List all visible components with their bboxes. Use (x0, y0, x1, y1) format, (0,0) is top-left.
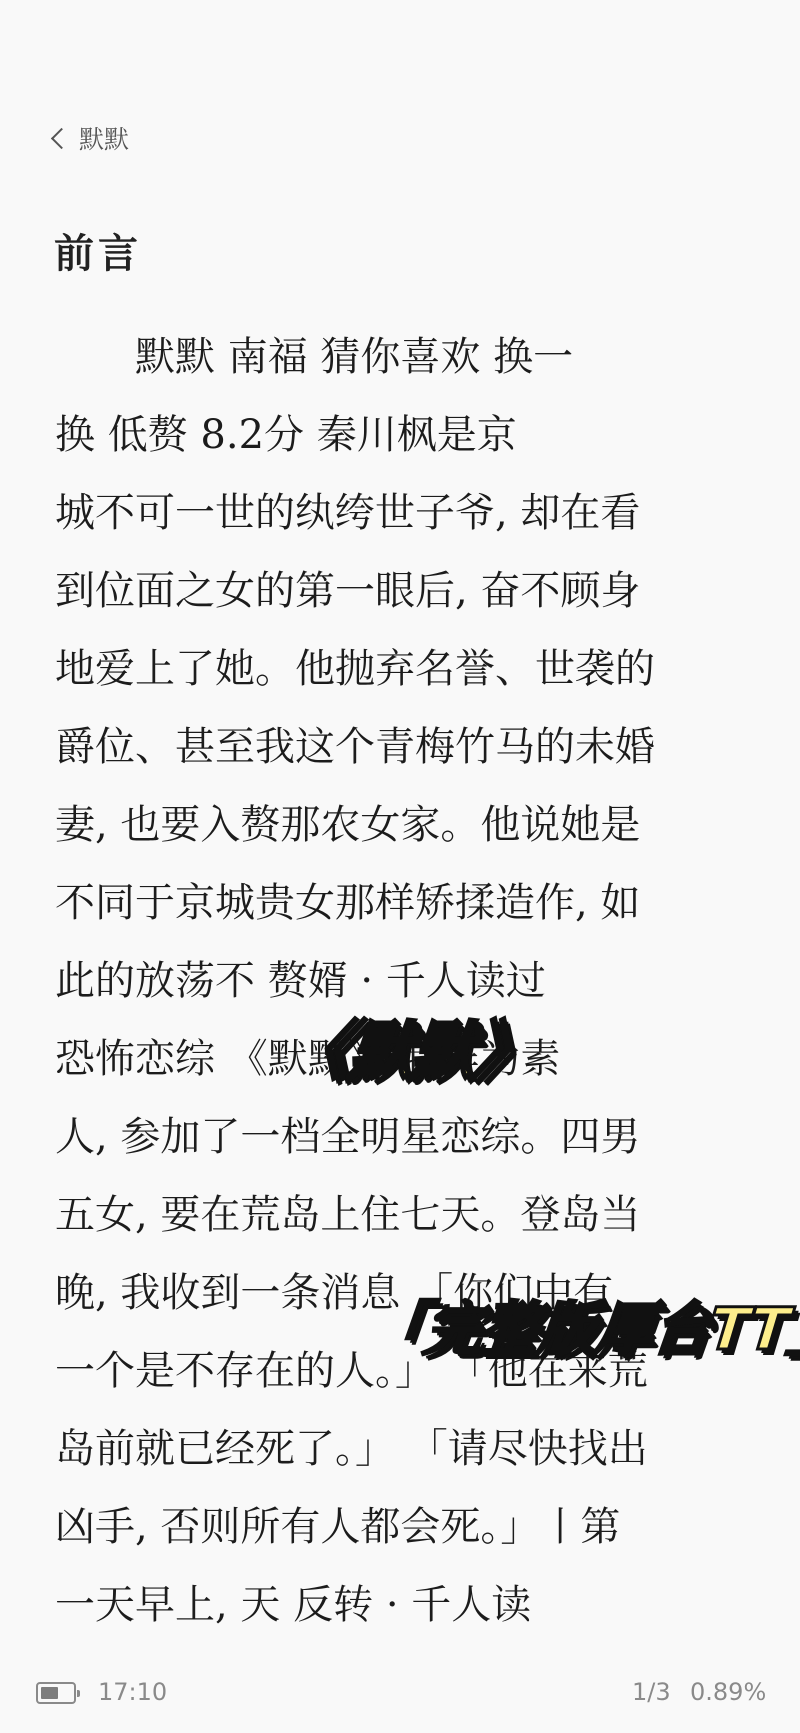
back-label: 默默 (79, 120, 129, 156)
text-line: 地爱上了她。他抛弃名誉、世袭的 (55, 630, 747, 708)
text-line: 人, 参加了一档全明星恋综。四男 (55, 1098, 747, 1176)
text-line-content: 城不可一世的纨绔世子爷, 却在看 (55, 474, 640, 552)
battery-icon (36, 1682, 76, 1704)
reading-progress: 0.89% (690, 1678, 766, 1706)
text-line: 爵位、甚至我这个青梅竹马的未婚 (55, 708, 747, 786)
back-button[interactable]: 默默 (50, 120, 129, 156)
text-line-content: 五女, 要在荒岛上住七天。登岛当 (55, 1176, 640, 1254)
text-line: 岛前就已经死了。」 「请尽快找出 (55, 1410, 747, 1488)
title-sticker-overlay: 《默默》 (283, 1000, 541, 1092)
chapter-title: 前言 (54, 222, 142, 279)
text-line: 凶手, 否则所有人都会死。」丨第 (55, 1488, 747, 1566)
text-line-content: 爵位、甚至我这个青梅竹马的未婚 (55, 708, 655, 786)
text-line: 到位面之女的第一眼后, 奋不顾身 (55, 552, 747, 630)
text-line-content: 岛前就已经死了。」 「请尽快找出 (55, 1410, 648, 1488)
text-line-content: 默默 南福 猜你喜欢 换一 (55, 318, 573, 396)
text-line: 不同于京城贵女那样矫揉造作, 如 (55, 864, 747, 942)
page-indicator: 1/3 (632, 1678, 671, 1706)
clock-time: 17:10 (98, 1678, 167, 1706)
promo-sticker-overlay: 「完整版厚台TT」 (364, 1282, 800, 1366)
text-line-content: 到位面之女的第一眼后, 奋不顾身 (55, 552, 640, 630)
battery-level (41, 1687, 58, 1699)
text-line: 五女, 要在荒岛上住七天。登岛当 (55, 1176, 747, 1254)
text-line-content: 妻, 也要入赘那农女家。他说她是 (55, 786, 640, 864)
reader-body: 默默 南福 猜你喜欢 换一 换 低赘 8.2分 秦川枫是京 城不可一世的纨绔世子… (55, 318, 747, 1644)
text-line: 默默 南福 猜你喜欢 换一 (55, 318, 747, 396)
text-line-content: 换 低赘 8.2分 秦川枫是京 (55, 396, 517, 474)
text-line: 一天早上, 天 反转 · 千人读 (55, 1566, 747, 1644)
text-line-content: 地爱上了她。他抛弃名誉、世袭的 (55, 630, 655, 708)
text-line: 城不可一世的纨绔世子爷, 却在看 (55, 474, 747, 552)
chevron-left-icon (51, 127, 72, 148)
text-line-content: 凶手, 否则所有人都会死。」丨第 (55, 1488, 620, 1566)
text-line: 妻, 也要入赘那农女家。他说她是 (55, 786, 747, 864)
text-line-content: 人, 参加了一档全明星恋综。四男 (55, 1098, 640, 1176)
text-line-content: 一天早上, 天 反转 · 千人读 (55, 1566, 531, 1644)
reader-status-bar: 17:10 1/3 0.89% (0, 1672, 800, 1716)
text-line: 换 低赘 8.2分 秦川枫是京 (55, 396, 747, 474)
text-line-content: 不同于京城贵女那样矫揉造作, 如 (55, 864, 640, 942)
